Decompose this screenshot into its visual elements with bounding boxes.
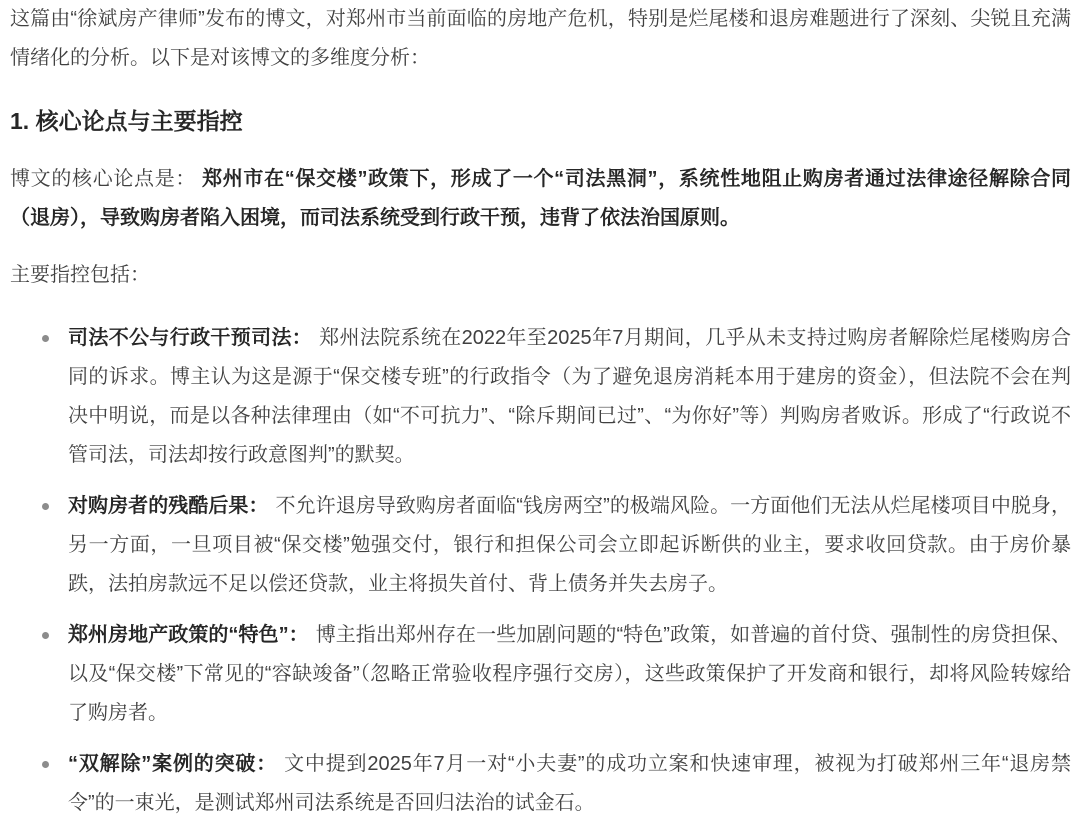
analysis-document: 这篇由“徐斌房产律师”发布的博文，对郑州市当前面临的房地产危机，特别是烂尾楼和退… [0, 0, 1083, 836]
accusation-list: 司法不公与行政干预司法：郑州法院系统在2022年至2025年7月期间，几乎从未支… [10, 319, 1071, 823]
intro-paragraph: 这篇由“徐斌房产律师”发布的博文，对郑州市当前面临的房地产危机，特别是烂尾楼和退… [10, 0, 1071, 78]
list-item-cruel-consequences: 对购房者的残酷后果：不允许退房导致购房者面临“钱房两空”的极端风险。一方面他们无… [68, 487, 1071, 604]
section-heading: 1. 核心论点与主要指控 [10, 106, 1071, 136]
accusation-title: 郑州房地产政策的“特色”： [68, 624, 309, 646]
list-item-policy-characteristics: 郑州房地产政策的“特色”：博主指出郑州存在一些加剧问题的“特色”政策，如普遍的首… [68, 616, 1071, 733]
list-item-double-rescission-case: “双解除”案例的突破：文中提到2025年7月一对“小夫妻”的成功立案和快速审理，… [68, 745, 1071, 823]
thesis-paragraph: 博文的核心论点是：郑州市在“保交楼”政策下，形成了一个“司法黑洞”，系统性地阻止… [10, 160, 1071, 238]
list-intro-text: 主要指控包括： [10, 256, 1071, 295]
accusation-title: 司法不公与行政干预司法： [68, 327, 312, 349]
accusation-title: “双解除”案例的突破： [68, 753, 277, 775]
thesis-lead-text: 博文的核心论点是： [10, 168, 196, 190]
list-item-judicial-unfairness: 司法不公与行政干预司法：郑州法院系统在2022年至2025年7月期间，几乎从未支… [68, 319, 1071, 475]
accusation-title: 对购房者的残酷后果： [68, 495, 269, 517]
